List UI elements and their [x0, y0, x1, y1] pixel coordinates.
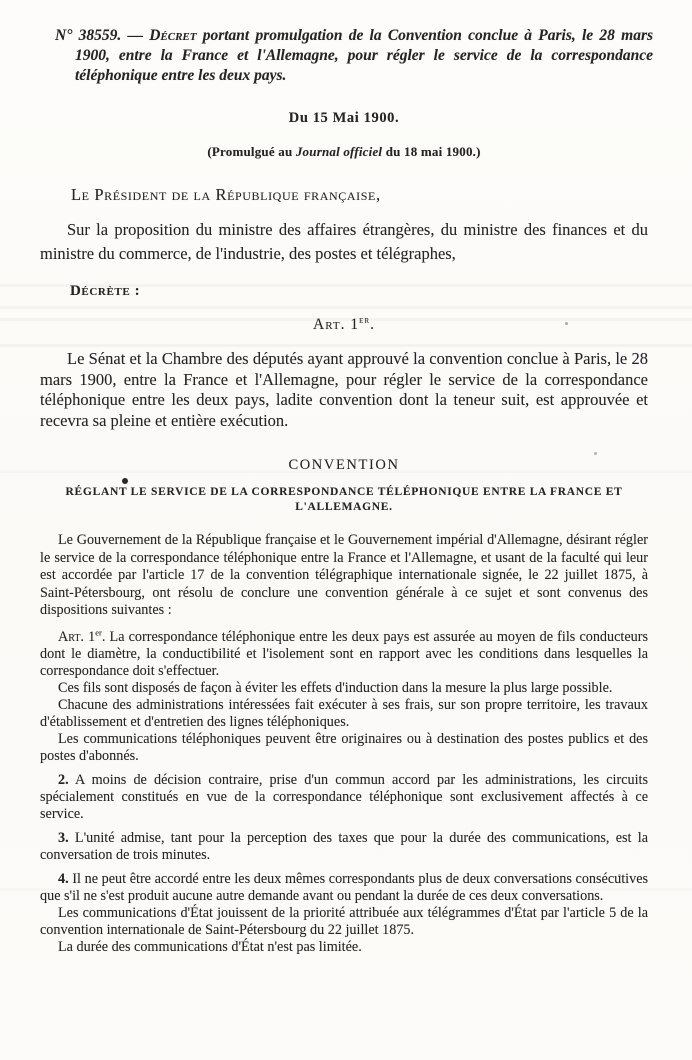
- article-label: Art. 1: [313, 316, 359, 333]
- article-text: A moins de décision contraire, prise d'u…: [40, 772, 648, 822]
- article-lead: Art. 1: [58, 629, 95, 645]
- journal-officiel-name: Journal officiel: [296, 144, 382, 159]
- article-period: .: [370, 316, 375, 333]
- article-number: 4.: [58, 871, 69, 887]
- article-text: L'unité admise, tant pour la perception …: [40, 830, 648, 863]
- scanned-document-page: N° 38559. — Décret portant promulgation …: [0, 0, 692, 1060]
- article-lead-sup: er: [95, 627, 102, 637]
- convention-subtitle: Réglant le service de la correspondance …: [57, 485, 631, 515]
- president-line: Le Président de la République française,: [40, 185, 648, 205]
- dash-separator: —: [127, 27, 143, 44]
- article-1-body: Le Sénat et la Chambre des députés ayant…: [40, 349, 648, 431]
- convention-paragraph: Chacune des administrations intéressées …: [40, 697, 648, 731]
- article-number: 2.: [58, 772, 69, 788]
- article-text: Il ne peut être accordé entre les deux m…: [40, 871, 648, 904]
- decret-word: Décret: [149, 27, 196, 44]
- convention-paragraph: La durée des communications d'État n'est…: [40, 939, 648, 956]
- decree-title-text-end: , entre la France et l'Allemagne, pour r…: [75, 47, 653, 84]
- convention-article-4: 4. Il ne peut être accordé entre les deu…: [40, 871, 648, 905]
- convention-article-3: 3. L'unité admise, tant pour la percepti…: [40, 830, 648, 864]
- proposition-paragraph: Sur la proposition du ministre des affai…: [40, 218, 648, 266]
- promulgation-suffix: du 18 mai 1900.): [382, 144, 480, 159]
- document-content: N° 38559. — Décret portant promulgation …: [0, 0, 692, 1060]
- article-text: . La correspondance téléphonique entre l…: [40, 629, 648, 679]
- convention-paragraph: Les communications téléphoniques peuvent…: [40, 731, 648, 765]
- promulgation-prefix: (Promulgué au: [207, 144, 296, 159]
- convention-article-1: Art. 1er. La correspondance téléphonique…: [40, 629, 648, 680]
- convention-title: CONVENTION: [40, 457, 648, 474]
- article-number: 3.: [58, 830, 69, 846]
- convention-article-2: 2. A moins de décision contraire, prise …: [40, 772, 648, 823]
- article-1-heading: Art. 1er.: [40, 316, 648, 334]
- convention-paragraph: Les communications d'État jouissent de l…: [40, 905, 648, 939]
- decrete-label: Décrète :: [40, 283, 648, 300]
- decree-title: N° 38559. — Décret portant promulgation …: [40, 26, 653, 86]
- convention-preamble: Le Gouvernement de la République françai…: [40, 532, 648, 620]
- convention-paragraph: Ces fils sont disposés de façon à éviter…: [40, 680, 648, 697]
- article-ordinal-sup: er: [359, 316, 370, 326]
- decree-date-line: Du 15 Mai 1900.: [40, 110, 648, 127]
- decree-title-text: portant promulgation de la Convention co…: [203, 27, 600, 44]
- decree-number: N° 38559.: [55, 27, 121, 44]
- promulgation-note: (Promulgué au Journal officiel du 18 mai…: [40, 144, 648, 160]
